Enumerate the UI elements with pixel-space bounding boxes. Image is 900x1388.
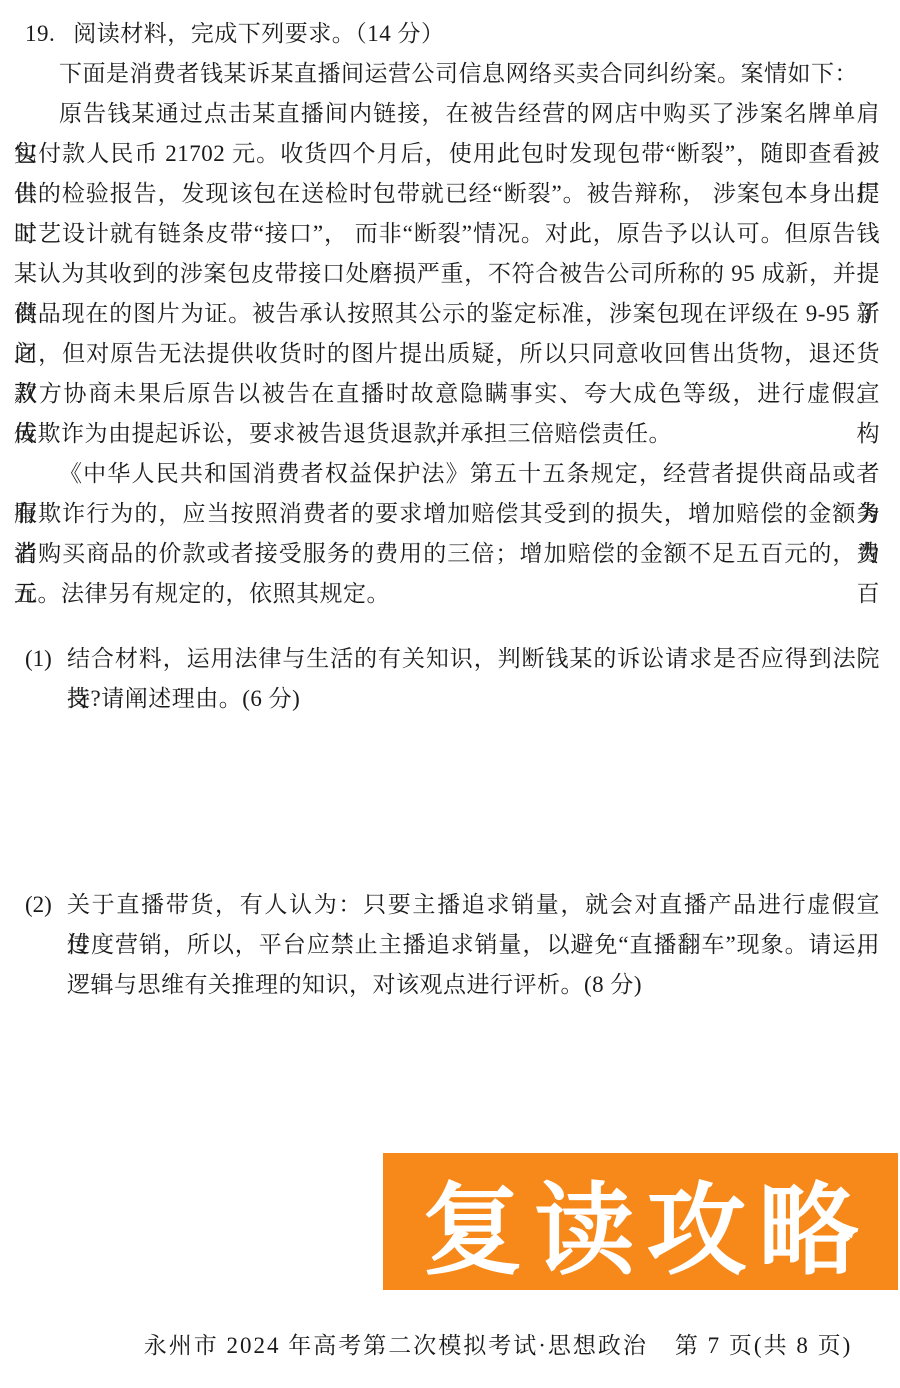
page-footer: 永州市 2024 年高考第二次模拟考试·思想政治第 7 页(共 8 页) — [0, 1326, 900, 1366]
case-line: 商品现在的图片为证。被告承认按照其公示的鉴定标准，涉案包现在评级在 9-95 新… — [14, 294, 880, 334]
law-line: 《中华人民共和国消费者权益保护法》第五十五条规定，经营者提供商品或者服务 — [14, 454, 880, 494]
exam-paper-page: 19. 阅读材料，完成下列要求。（14 分） 下面是消费者钱某诉某直播间运营公司… — [0, 0, 900, 1388]
sub-question-1-line: 持?请阐述理由。(6 分) — [67, 679, 880, 719]
law-line: 者购买商品的价款或者接受服务的费用的三倍；增加赔偿的金额不足五百元的，为五百 — [14, 534, 880, 574]
sub-question-2-line: 过度营销，所以，平台应禁止主播追求销量，以避免“直播翻车”现象。请运用 — [67, 925, 880, 965]
footer-page-number: 第 7 页(共 8 页) — [675, 1333, 852, 1358]
case-line: 某认为其收到的涉案包皮带接口处磨损严重，不符合被告公司所称的 95 成新，并提供… — [14, 254, 880, 294]
case-intro-line: 下面是消费者钱某诉某直播间运营公司信息网络买卖合同纠纷案。案情如下： — [14, 54, 880, 94]
question-block: 19. 阅读材料，完成下列要求。（14 分） 下面是消费者钱某诉某直播间运营公司… — [14, 14, 880, 1005]
sub-question-1: (1) 结合材料，运用法律与生活的有关知识，判断钱某的诉讼请求是否应得到法院支 … — [14, 639, 880, 719]
question-header: 19. 阅读材料，完成下列要求。（14 分） — [14, 14, 880, 54]
sub-question-1-line: 结合材料，运用法律与生活的有关知识，判断钱某的诉讼请求是否应得到法院支 — [67, 639, 880, 679]
sub-question-2: (2) 关于直播带货，有人认为：只要主播追求销量，就会对直播产品进行虚假宣传， … — [14, 885, 880, 1005]
case-line: 双方协商未果后原告以被告在直播时故意隐瞒事实、夸大成色等级，进行虚假宣传，构 — [14, 374, 880, 414]
footer-exam-name: 永州市 2024 年高考第二次模拟考试·思想政治 — [144, 1333, 648, 1358]
case-line: 供的检验报告，发现该包在送检时包带就已经“断裂”。被告辩称， 涉案包本身出厂时 — [14, 174, 880, 214]
question-title: 阅读材料，完成下列要求。（14 分） — [73, 21, 444, 46]
watermark-text: 复读攻略 — [411, 1150, 871, 1294]
case-line: 工艺设计就有链条皮带“接口”， 而非“断裂”情况。对此，原告予以认可。但原告钱 — [14, 214, 880, 254]
sub-question-2-marker: (2) — [25, 885, 52, 925]
watermark-banner: 复读攻略 — [383, 1153, 898, 1290]
question-number: 19. — [25, 14, 67, 54]
law-line: 有欺诈行为的，应当按照消费者的要求增加赔偿其受到的损失，增加赔偿的金额为消费 — [14, 494, 880, 534]
case-line: 间，但对原告无法提供收货时的图片提出质疑，所以只同意收回售出货物，退还货款。 — [14, 334, 880, 374]
case-line: 实付款人民币 21702 元。收货四个月后，使用此包时发现包带“断裂”，随即查看… — [14, 134, 880, 174]
sub-question-2-line: 逻辑与思维有关推理的知识，对该观点进行评析。(8 分) — [67, 965, 880, 1005]
sub-question-1-marker: (1) — [25, 639, 52, 679]
case-line: 原告钱某通过点击某直播间内链接，在被告经营的网店中购买了涉案名牌单肩包， — [14, 94, 880, 134]
sub-question-2-line: 关于直播带货，有人认为：只要主播追求销量，就会对直播产品进行虚假宣传， — [67, 885, 880, 925]
